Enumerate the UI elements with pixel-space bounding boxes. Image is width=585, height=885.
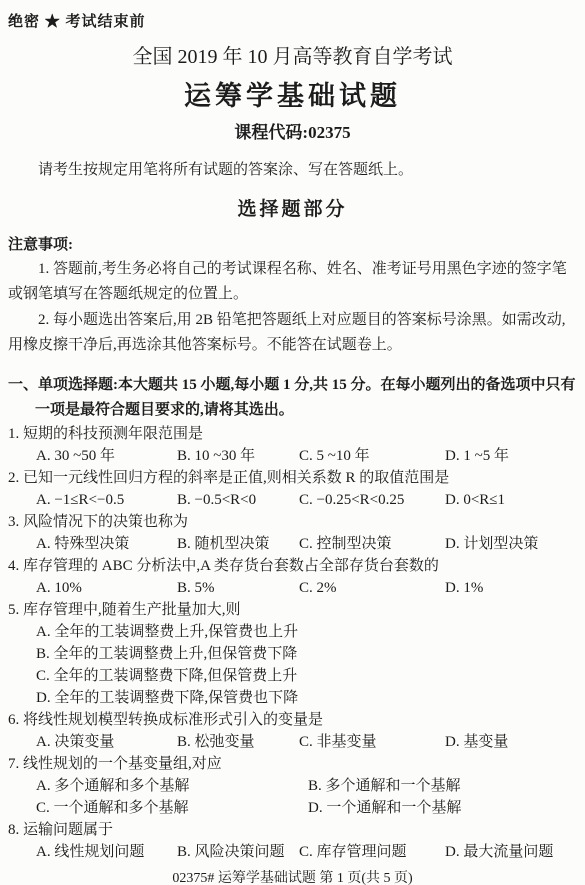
options: A. 特殊型决策B. 随机型决策C. 控制型决策D. 计划型决策	[8, 533, 577, 555]
question-stem: 5. 库存管理中,随着生产批量加大,则	[8, 599, 577, 621]
options: A. −1≤R<−0.5B. −0.5<R<0C. −0.25<R<0.25D.…	[8, 489, 577, 511]
option: D. 最大流量问题	[445, 841, 577, 863]
option: B. 10 ~30 年	[177, 445, 299, 467]
option: C. 全年的工装调整费下降,但保管费上升	[36, 665, 577, 687]
question-7: 7. 线性规划的一个基变量组,对应A. 多个通解和多个基解B. 多个通解和一个基…	[8, 753, 577, 819]
option: A. 线性规划问题	[36, 841, 177, 863]
option: B. 多个通解和一个基解	[308, 775, 577, 797]
option: A. 10%	[36, 577, 177, 599]
question-6: 6. 将线性规划模型转换成标准形式引入的变量是A. 决策变量B. 松弛变量C. …	[8, 709, 577, 753]
question-list: 1. 短期的科技预测年限范围是A. 30 ~50 年B. 10 ~30 年C. …	[8, 423, 577, 863]
option: D. 1%	[445, 577, 577, 599]
option: C. 5 ~10 年	[299, 445, 445, 467]
question-2: 2. 已知一元线性回归方程的斜率是正值,则相关系数 R 的取值范围是A. −1≤…	[8, 467, 577, 511]
options: A. 30 ~50 年B. 10 ~30 年C. 5 ~10 年D. 1 ~5 …	[8, 445, 577, 467]
option: D. 一个通解和一个基解	[308, 797, 577, 819]
option: C. 控制型决策	[299, 533, 445, 555]
option: A. 30 ~50 年	[36, 445, 177, 467]
section-title: 选择题部分	[8, 194, 577, 221]
question-3: 3. 风险情况下的决策也称为A. 特殊型决策B. 随机型决策C. 控制型决策D.…	[8, 511, 577, 555]
options: A. 多个通解和多个基解B. 多个通解和一个基解C. 一个通解和多个基解D. 一…	[8, 775, 577, 819]
option: C. 2%	[299, 577, 445, 599]
answer-instruction: 请考生按规定用笔将所有试题的答案涂、写在答题纸上。	[8, 159, 577, 181]
options: A. 10%B. 5%C. 2%D. 1%	[8, 577, 577, 599]
course-code: 课程代码:02375	[8, 118, 577, 143]
question-5: 5. 库存管理中,随着生产批量加大,则A. 全年的工装调整费上升,保管费也上升B…	[8, 599, 577, 709]
question-stem: 3. 风险情况下的决策也称为	[8, 511, 577, 533]
option: B. 松弛变量	[177, 731, 299, 753]
exam-title: 运筹学基础试题	[8, 74, 577, 113]
part-heading: 一、单项选择题:本大题共 15 小题,每小题 1 分,共 15 分。在每小题列出…	[8, 373, 577, 423]
note-item-1: 1. 答题前,考生务必将自己的考试课程名称、姓名、准考证号用黑色字迹的签字笔或钢…	[8, 257, 577, 307]
option: A. 全年的工装调整费上升,保管费也上升	[36, 621, 577, 643]
option: C. 一个通解和多个基解	[36, 797, 308, 819]
notes-title: 注意事项:	[8, 234, 577, 256]
option: C. −0.25<R<0.25	[299, 489, 445, 511]
exam-paper-page: 绝密 ★ 考试结束前 全国 2019 年 10 月高等教育自学考试 运筹学基础试…	[0, 0, 585, 885]
secrecy-label: 绝密 ★ 考试结束前	[8, 10, 577, 31]
question-8: 8. 运输问题属于A. 线性规划问题B. 风险决策问题C. 库存管理问题D. 最…	[8, 819, 577, 863]
note-item-2: 2. 每小题选出答案后,用 2B 铅笔把答题纸上对应题目的答案标号涂黑。如需改动…	[8, 308, 577, 358]
option: D. 0<R≤1	[445, 489, 577, 511]
question-stem: 2. 已知一元线性回归方程的斜率是正值,则相关系数 R 的取值范围是	[8, 467, 577, 489]
options: A. 全年的工装调整费上升,保管费也上升B. 全年的工装调整费上升,但保管费下降…	[8, 621, 577, 709]
question-stem: 8. 运输问题属于	[8, 819, 577, 841]
options: A. 线性规划问题B. 风险决策问题C. 库存管理问题D. 最大流量问题	[8, 841, 577, 863]
option: D. 基变量	[445, 731, 577, 753]
question-stem: 6. 将线性规划模型转换成标准形式引入的变量是	[8, 709, 577, 731]
question-stem: 4. 库存管理的 ABC 分析法中,A 类存货台套数占全部存货台套数的	[8, 555, 577, 577]
question-stem: 7. 线性规划的一个基变量组,对应	[8, 753, 577, 775]
option: C. 库存管理问题	[299, 841, 445, 863]
option: B. 全年的工装调整费上升,但保管费下降	[36, 643, 577, 665]
option: A. 多个通解和多个基解	[36, 775, 308, 797]
question-4: 4. 库存管理的 ABC 分析法中,A 类存货台套数占全部存货台套数的A. 10…	[8, 555, 577, 599]
option: A. 特殊型决策	[36, 533, 177, 555]
option: A. −1≤R<−0.5	[36, 489, 177, 511]
question-1: 1. 短期的科技预测年限范围是A. 30 ~50 年B. 10 ~30 年C. …	[8, 423, 577, 467]
option: D. 计划型决策	[445, 533, 577, 555]
option: B. 风险决策问题	[177, 841, 299, 863]
option: C. 非基变量	[299, 731, 445, 753]
option: B. 5%	[177, 577, 299, 599]
page-footer: 02375# 运筹学基础试题 第 1 页(共 5 页)	[8, 868, 577, 885]
question-stem: 1. 短期的科技预测年限范围是	[8, 423, 577, 445]
option: B. 随机型决策	[177, 533, 299, 555]
option: A. 决策变量	[36, 731, 177, 753]
exam-session-title: 全国 2019 年 10 月高等教育自学考试	[8, 40, 577, 69]
options: A. 决策变量B. 松弛变量C. 非基变量D. 基变量	[8, 731, 577, 753]
option: D. 全年的工装调整费下降,保管费也下降	[36, 687, 577, 709]
option: D. 1 ~5 年	[445, 445, 577, 467]
option: B. −0.5<R<0	[177, 489, 299, 511]
